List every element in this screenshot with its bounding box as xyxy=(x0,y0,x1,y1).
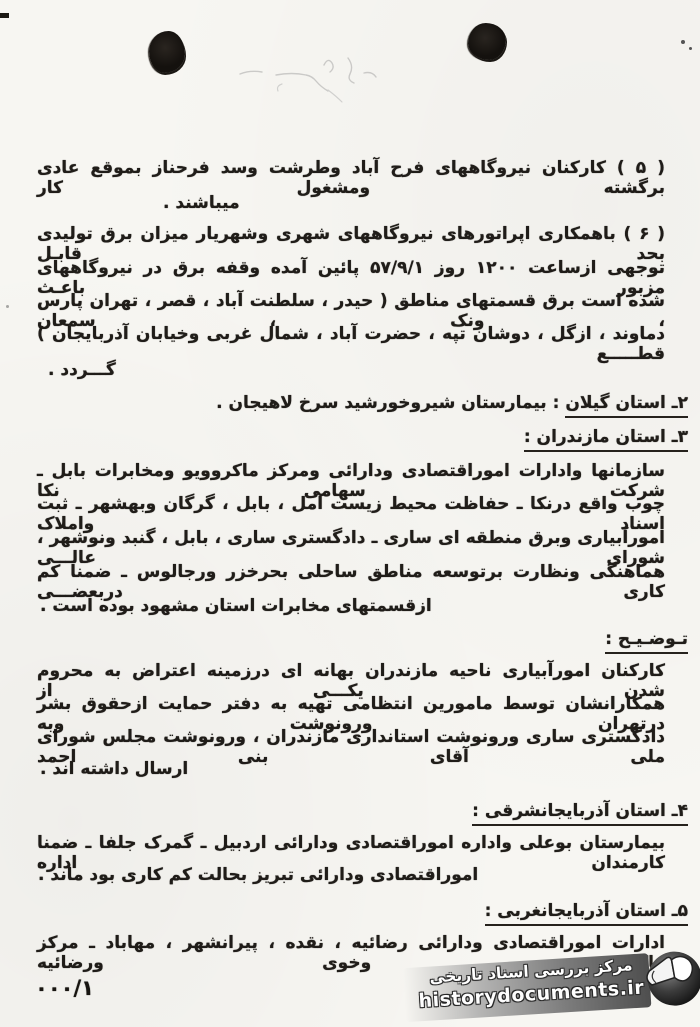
dust-speck xyxy=(689,47,692,50)
azarbaijan-east-line2: اموراقتصادی ودارائی تبریز بحالت کم کاری … xyxy=(38,865,478,885)
scan-edge-mark xyxy=(0,13,9,18)
section-heading-gilan: ۲ـ استان گیلان : بیمارستان شیروخورشید سر… xyxy=(216,393,688,413)
paragraph-item5-line2: میباشند . xyxy=(163,193,240,213)
page-number: ۰۰۰/۱ xyxy=(35,976,94,1000)
section-heading-gilan-title: ۲ـ استان گیلان xyxy=(565,393,688,418)
section-heading-mazandaran: ۳ـ استان مازندران : xyxy=(524,427,688,447)
handwritten-scribble xyxy=(232,52,432,114)
explanation-heading: تـوضـیـح : xyxy=(605,629,688,649)
scanned-document-page: ( ۵ ) کارکنان نیروگاههای فرح آباد وطرشت … xyxy=(0,0,700,1027)
dust-speck xyxy=(681,40,685,44)
mazandaran-line5: ازقسمتهای مخابرات استان مشهود بوده است . xyxy=(40,596,432,616)
paragraph-item6-line4: دماوند ، ازگل ، دوشان تپه ، حضرت آباد ، … xyxy=(37,324,665,364)
section-heading-azarbaijan-west-title: ۵ـ استان آذربایجانغربی : xyxy=(485,901,688,926)
explanation-heading-title: تـوضـیـح : xyxy=(605,629,688,654)
section-heading-azarbaijan-east: ۴ـ استان آذربایجانشرقی : xyxy=(472,801,688,821)
section-heading-azarbaijan-east-title: ۴ـ استان آذربایجانشرقی : xyxy=(472,801,688,826)
ink-stamp-right xyxy=(468,23,506,60)
dust-speck xyxy=(6,305,9,308)
ink-stamp-left xyxy=(149,31,185,73)
paragraph-item6-line5: گـــردد . xyxy=(48,360,116,380)
book-logo-icon xyxy=(640,946,700,1012)
section-heading-azarbaijan-west: ۵ـ استان آذربایجانغربی : xyxy=(485,901,688,921)
section-heading-mazandaran-title: ۳ـ استان مازندران : xyxy=(524,427,688,452)
explanation-line4: ارسال داشته اند . xyxy=(40,759,188,779)
paragraph-item5-line1: ( ۵ ) کارکنان نیروگاههای فرح آباد وطرشت … xyxy=(37,158,665,198)
section-gilan-text: : بیمارستان شیروخورشید سرخ لاهیجان . xyxy=(216,393,565,413)
